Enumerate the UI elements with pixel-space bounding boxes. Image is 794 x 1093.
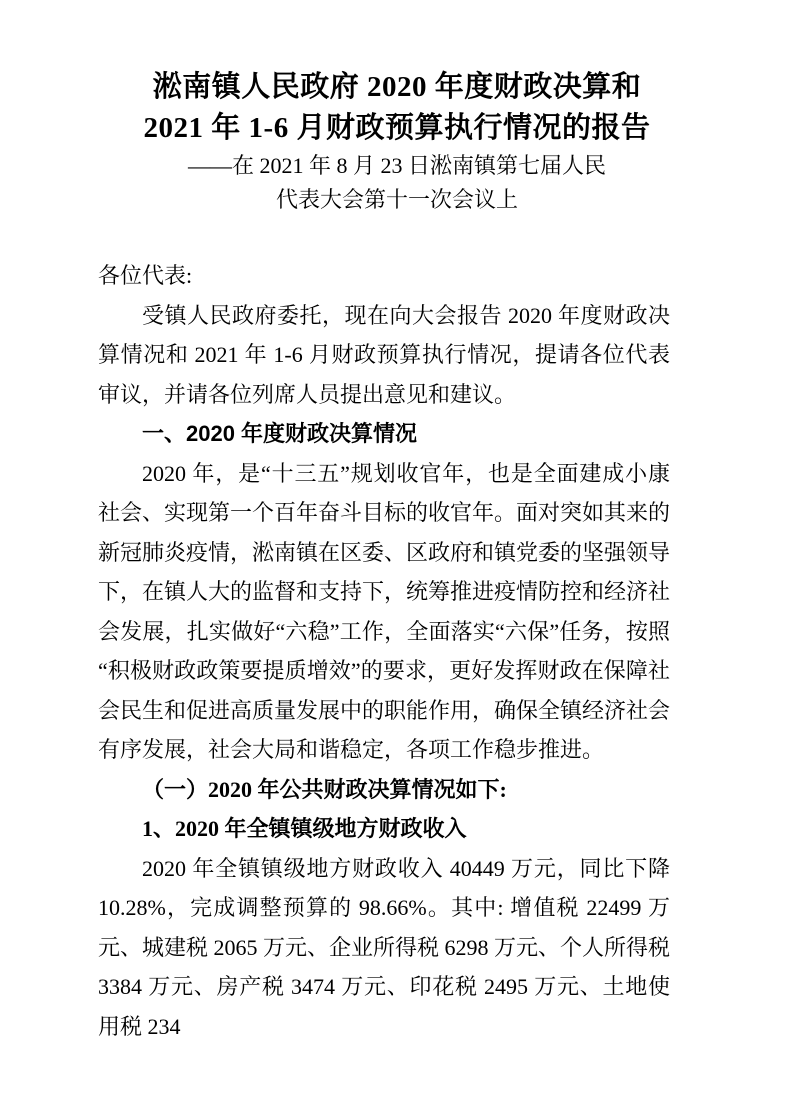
doc-body: 各位代表: 受镇人民政府委托，现在向大会报告 2020 年度财政决算情况和 20…	[0, 256, 794, 1046]
heading-public-finance-accounts: （一）2020 年公共财政决算情况如下:	[98, 770, 670, 810]
heading-town-level-revenue: 1、2020 年全镇镇级地方财政收入	[98, 809, 670, 849]
heading-2020-final-accounts: 一、2020 年度财政决算情况	[98, 414, 670, 454]
salutation: 各位代表:	[98, 256, 670, 296]
doc-title: 淞南镇人民政府 2020 年度财政决算和 2021 年 1-6 月财政预算执行情…	[0, 67, 794, 149]
document-page: 淞南镇人民政府 2020 年度财政决算和 2021 年 1-6 月财政预算执行情…	[0, 0, 794, 1093]
doc-subtitle: ——在 2021 年 8 月 23 日淞南镇第七届人民 代表大会第十一次会议上	[0, 149, 794, 217]
paragraph-revenue-detail: 2020 年全镇镇级地方财政收入 40449 万元，同比下降 10.28%，完成…	[98, 849, 670, 1047]
paragraph-intro: 受镇人民政府委托，现在向大会报告 2020 年度财政决算情况和 2021 年 1…	[98, 296, 670, 415]
doc-title-line-2: 2021 年 1-6 月财政预算执行情况的报告	[50, 108, 744, 149]
doc-title-line-1: 淞南镇人民政府 2020 年度财政决算和	[50, 67, 744, 108]
paragraph-overview: 2020 年，是“十三五”规划收官年，也是全面建成小康社会、实现第一个百年奋斗目…	[98, 454, 670, 770]
doc-subtitle-line-2: 代表大会第十一次会议上	[50, 183, 744, 217]
doc-subtitle-line-1: ——在 2021 年 8 月 23 日淞南镇第七届人民	[50, 149, 744, 183]
